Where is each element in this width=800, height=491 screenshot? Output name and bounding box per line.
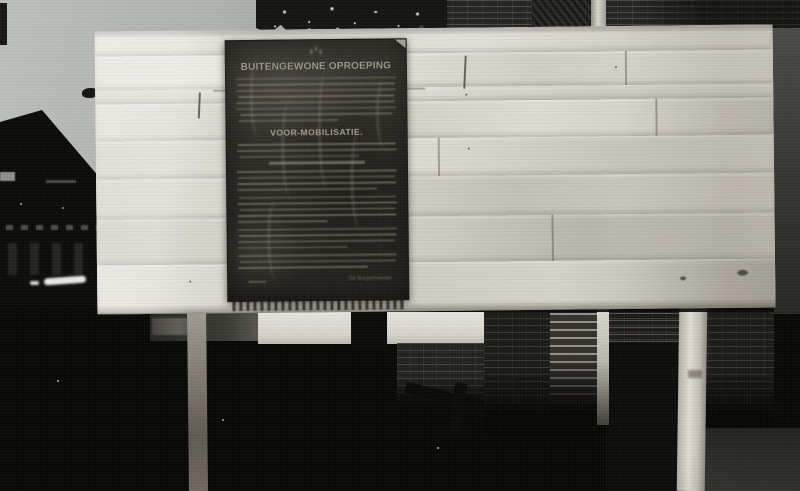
- dust-speck: [153, 72, 155, 74]
- tiled-roof: [532, 0, 592, 29]
- plank-joint: [438, 138, 440, 176]
- dust-speck: [688, 472, 690, 474]
- billboard: BUITENGEWONE OPROEPING VOOR-MOBILISATIE.…: [95, 24, 776, 313]
- dust-speck: [437, 447, 439, 449]
- poster-text-line: [238, 220, 328, 223]
- nail: [468, 148, 470, 150]
- poster-text-line: [237, 169, 397, 173]
- nail: [465, 94, 467, 96]
- poster-text-line: [237, 188, 377, 191]
- board-lighting: [95, 24, 776, 313]
- poster-text-line: [237, 82, 395, 86]
- poster-text-line: [238, 195, 396, 199]
- shadow-column: [606, 342, 678, 491]
- brick-striped-patch: [550, 313, 600, 401]
- photo-blemish: [30, 281, 39, 285]
- billboard-right-leg: [677, 308, 708, 491]
- poster-text-line: [236, 88, 396, 92]
- poster-body-lines: [226, 39, 409, 301]
- white-pole-upper: [591, 0, 606, 29]
- white-pole-lower: [597, 309, 609, 425]
- nail: [189, 281, 191, 283]
- dust-speck: [20, 203, 22, 205]
- poster-text-line: [239, 155, 359, 158]
- poster-text-line: [239, 207, 395, 211]
- poster-subheading: VOOR-MOBILISATIE.: [227, 126, 407, 138]
- dust-speck: [222, 419, 224, 421]
- wood-knot: [680, 276, 686, 280]
- dust-speck: [57, 380, 59, 382]
- poster-text-line: [238, 119, 338, 122]
- poster-text-line: [238, 246, 348, 249]
- bottom-right-ground: [698, 428, 800, 491]
- nail: [615, 66, 617, 68]
- plank-joint: [655, 99, 657, 136]
- dust-speck: [62, 207, 64, 209]
- billboard-left-leg: [187, 308, 208, 491]
- poster-text-line: [238, 142, 396, 146]
- poster-text-line: [238, 227, 398, 231]
- poster-text-line: [237, 201, 397, 205]
- poster-text-line: [239, 233, 397, 237]
- poster-signature: De Burgemeester: [349, 275, 392, 281]
- photograph: BUITENGEWONE OPROEPING VOOR-MOBILISATIE.…: [0, 0, 800, 491]
- dark-post: [351, 311, 387, 348]
- poster-text-line: [238, 175, 395, 179]
- background-detail: [0, 172, 15, 181]
- poster-torn-bottom: [232, 293, 404, 311]
- leg-knot: [688, 370, 702, 378]
- left-edge-shadow: [0, 3, 7, 45]
- poster-text-line: [240, 259, 396, 263]
- mobilization-poster: BUITENGEWONE OPROEPING VOOR-MOBILISATIE.…: [225, 38, 410, 302]
- plank-joint: [625, 51, 627, 85]
- poster-text-line: [238, 239, 395, 243]
- poster-text-line: [236, 106, 396, 110]
- poster-text-line: [238, 253, 397, 257]
- poster-text-line: [237, 213, 396, 217]
- poster-text-line: [238, 266, 368, 269]
- poster-text-line: [238, 94, 394, 98]
- background-detail: [6, 225, 106, 230]
- poster-text-line: [236, 76, 396, 80]
- poster-text-line: [248, 281, 266, 283]
- poster-text-line: [237, 181, 396, 185]
- poster-text-line: [236, 100, 395, 104]
- background-detail: [46, 180, 76, 183]
- poster-text-line: [237, 148, 397, 152]
- house-windows: [8, 243, 96, 275]
- poster-text-line: [240, 112, 392, 116]
